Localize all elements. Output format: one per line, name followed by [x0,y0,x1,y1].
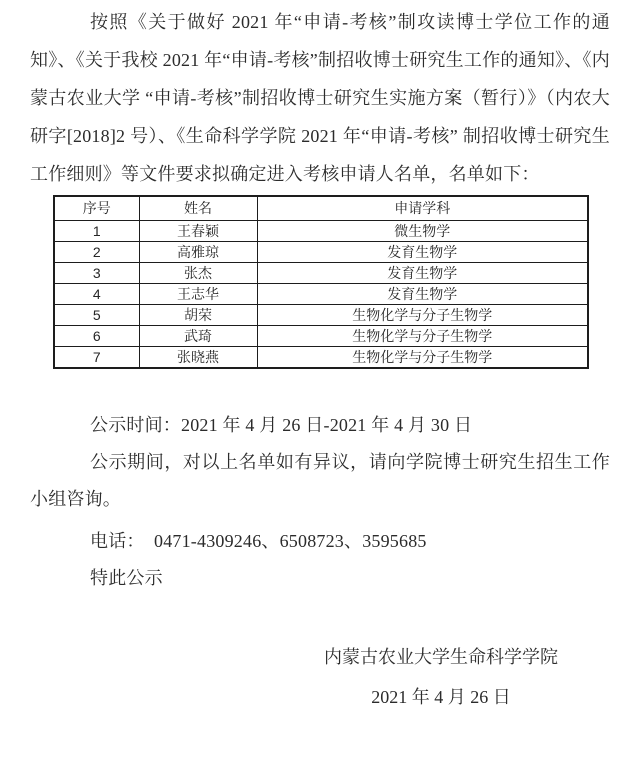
cell-subject: 生物化学与分子生物学 [257,304,588,325]
cell-subject: 发育生物学 [257,283,588,304]
table-row: 4 王志华 发育生物学 [54,283,588,304]
table-row: 3 张杰 发育生物学 [54,262,588,283]
closing-line: 特此公示 [30,560,610,597]
notice-block: 公示时间：2021 年 4 月 26 日-2021 年 4 月 30 日 公示期… [30,407,610,597]
table-row: 7 张晓燕 生物化学与分子生物学 [54,346,588,368]
column-header-name: 姓名 [139,196,257,220]
cell-number: 4 [54,283,139,304]
cell-name: 武琦 [139,325,257,346]
table-header-row: 序号 姓名 申请学科 [54,196,588,220]
signature-block: 内蒙古农业大学生命科学学院 2021 年 4 月 26 日 [301,639,581,716]
cell-number: 7 [54,346,139,368]
table-row: 1 王春颖 微生物学 [54,220,588,241]
cell-number: 5 [54,304,139,325]
signature-organization: 内蒙古农业大学生命科学学院 [301,639,581,676]
cell-number: 3 [54,262,139,283]
cell-number: 2 [54,241,139,262]
objection-note: 公示期间，对以上名单如有异议，请向学院博士研究生招生工作小组咨询。 [30,444,610,518]
cell-subject: 发育生物学 [257,262,588,283]
table-row: 5 胡荣 生物化学与分子生物学 [54,304,588,325]
cell-subject: 发育生物学 [257,241,588,262]
applicant-table: 序号 姓名 申请学科 1 王春颖 微生物学 2 高雅琼 发育生物学 3 [53,195,589,369]
table-row: 2 高雅琼 发育生物学 [54,241,588,262]
column-header-number: 序号 [54,196,139,220]
cell-name: 高雅琼 [139,241,257,262]
cell-name: 张杰 [139,262,257,283]
publicity-time-line: 公示时间：2021 年 4 月 26 日-2021 年 4 月 30 日 [30,407,610,444]
cell-number: 1 [54,220,139,241]
table-row: 6 武琦 生物化学与分子生物学 [54,325,588,346]
signature-date: 2021 年 4 月 26 日 [301,679,581,716]
document-body: 按照《关于做好 2021 年“申请-考核”制攻读博士学位工作的通知》、《关于我校… [0,0,639,716]
cell-name: 王春颖 [139,220,257,241]
cell-name: 张晓燕 [139,346,257,368]
cell-subject: 生物化学与分子生物学 [257,346,588,368]
document-page: 按照《关于做好 2021 年“申请-考核”制攻读博士学位工作的通知》、《关于我校… [0,0,639,762]
cell-name: 王志华 [139,283,257,304]
cell-subject: 生物化学与分子生物学 [257,325,588,346]
cell-number: 6 [54,325,139,346]
phone-line: 电话： 0471-4309246、6508723、3595685 [30,523,610,560]
cell-name: 胡荣 [139,304,257,325]
cell-subject: 微生物学 [257,220,588,241]
column-header-subject: 申请学科 [257,196,588,220]
intro-paragraph: 按照《关于做好 2021 年“申请-考核”制攻读博士学位工作的通知》、《关于我校… [30,3,610,193]
